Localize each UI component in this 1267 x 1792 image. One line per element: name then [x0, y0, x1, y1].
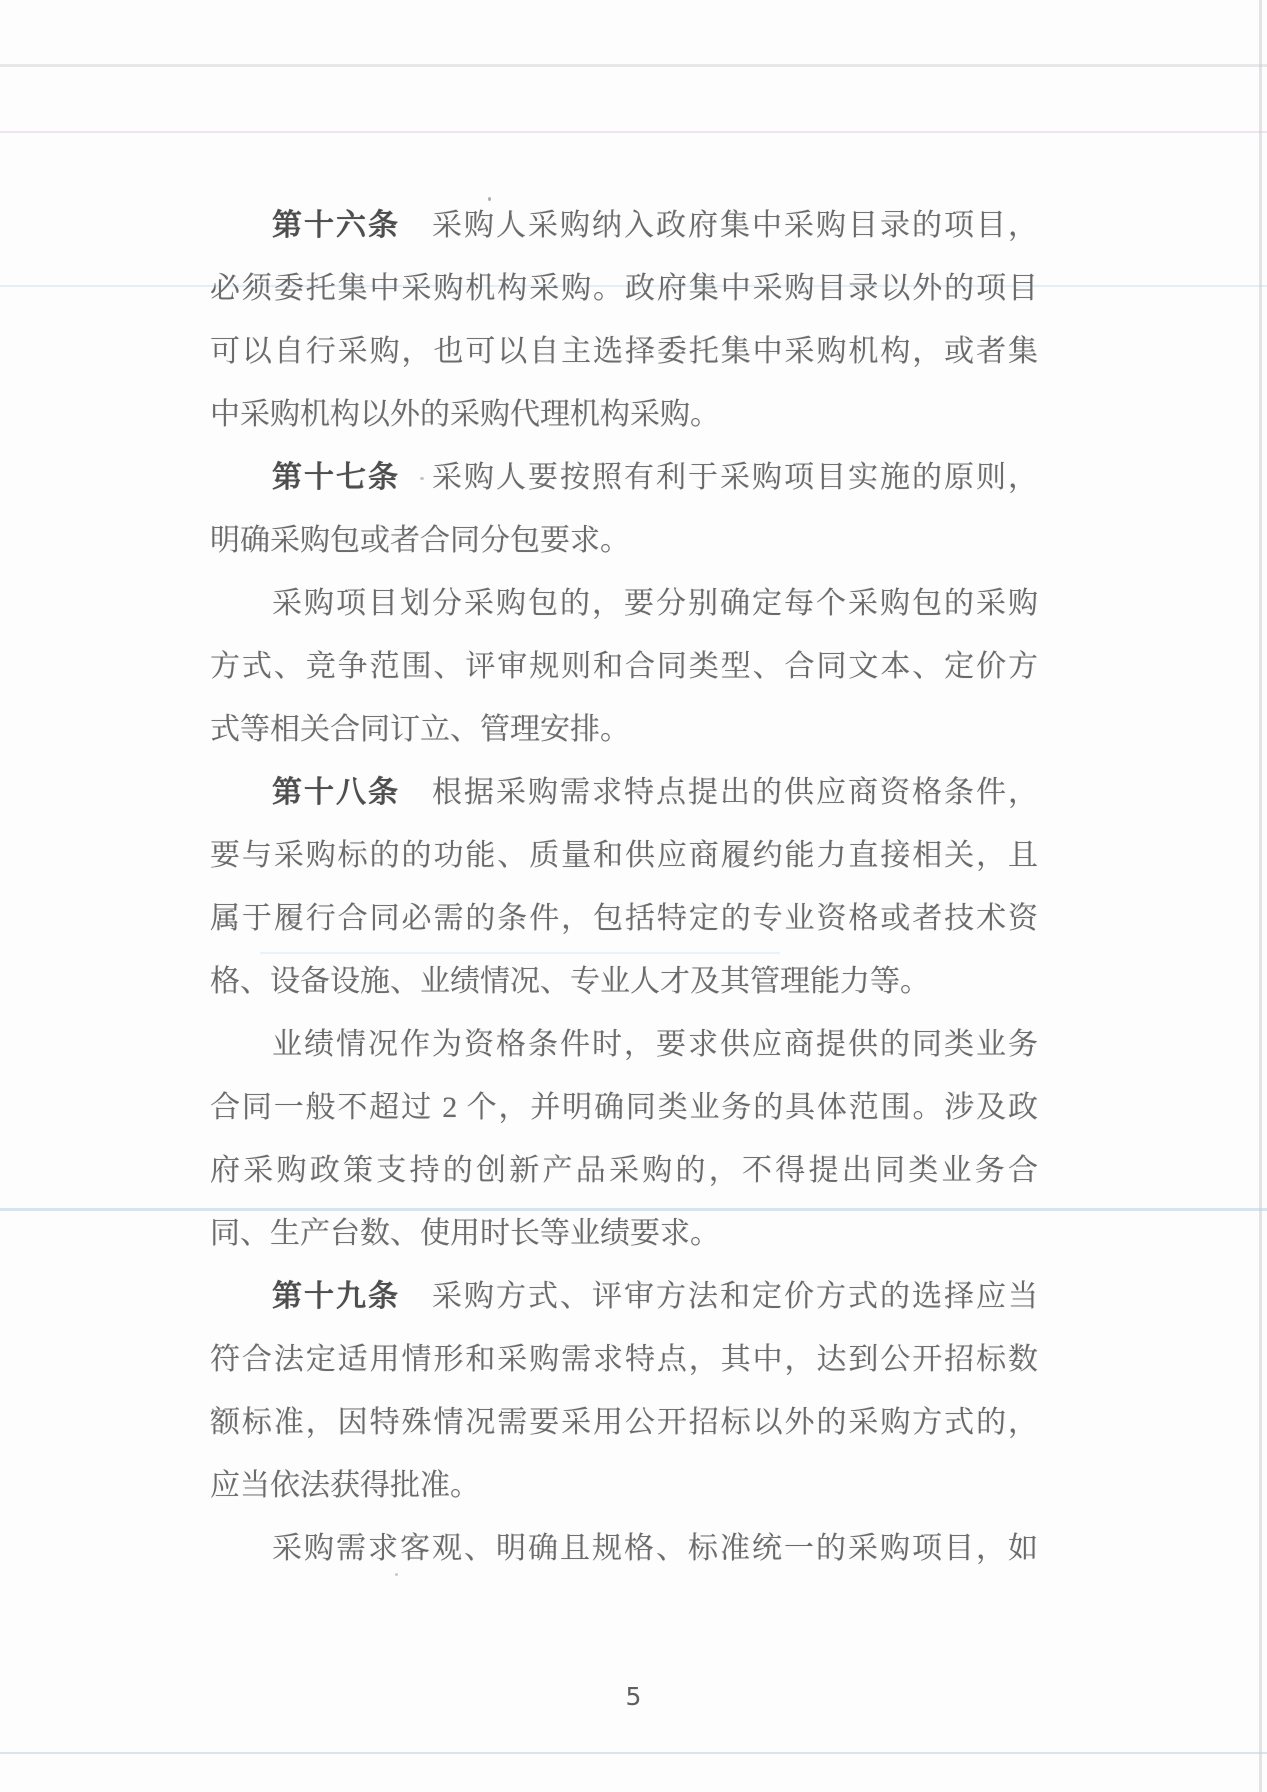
text-line: 应当依法获得批准。: [210, 1454, 1038, 1517]
article-heading: 第十八条: [272, 776, 400, 809]
scan-artifact-line: [0, 1752, 1267, 1754]
text-line: 格、设备设施、业绩情况、专业人才及其管理能力等。: [210, 950, 1038, 1013]
text-line: 府采购政策支持的创新产品采购的，不得提出同类业务合: [210, 1139, 1038, 1202]
text-line: 式等相关合同订立、管理安排。: [210, 698, 1038, 761]
text-line: 业绩情况作为资格条件时，要求供应商提供的同类业务: [210, 1013, 1038, 1076]
article-heading: 第十七条: [272, 461, 400, 494]
article-heading: 第十六条: [272, 209, 400, 242]
text-line: 额标准，因特殊情况需要采用公开招标以外的采购方式的，: [210, 1391, 1038, 1454]
text-line: 第十七条 采购人要按照有利于采购项目实施的原则，: [210, 446, 1038, 509]
scanned-document-page: 第十六条 采购人采购纳入政府集中采购目录的项目，必须委托集中采购机构采购。政府集…: [0, 0, 1267, 1792]
text-line: 要与采购标的的功能、质量和供应商履约能力直接相关，且: [210, 824, 1038, 887]
text-line: 可以自行采购，也可以自主选择委托集中采购机构，或者集: [210, 320, 1038, 383]
text-line: 属于履行合同必需的条件，包括特定的专业资格或者技术资: [210, 887, 1038, 950]
text-line: 采购项目划分采购包的，要分别确定每个采购包的采购: [210, 572, 1038, 635]
text-line: 必须委托集中采购机构采购。政府集中采购目录以外的项目: [210, 257, 1038, 320]
text-line: 同、生产台数、使用时长等业绩要求。: [210, 1202, 1038, 1265]
text-line: 中采购机构以外的采购代理机构采购。: [210, 383, 1038, 446]
scan-artifact-line: [0, 64, 1267, 67]
text-line: 明确采购包或者合同分包要求。: [210, 509, 1038, 572]
article-heading: 第十九条: [272, 1280, 400, 1313]
text-line: 第十八条 根据采购需求特点提出的供应商资格条件，: [210, 761, 1038, 824]
scan-page-edge: [1259, 0, 1262, 1792]
text-line: 符合法定适用情形和采购需求特点，其中，达到公开招标数: [210, 1328, 1038, 1391]
page-number: 5: [0, 1682, 1267, 1711]
text-line: 合同一般不超过 2 个，并明确同类业务的具体范围。涉及政: [210, 1076, 1038, 1139]
text-line: 采购需求客观、明确且规格、标准统一的采购项目，如: [210, 1517, 1038, 1580]
text-line: 方式、竞争范围、评审规则和合同类型、合同文本、定价方: [210, 635, 1038, 698]
scan-artifact-line: [0, 131, 1267, 133]
text-line: 第十九条 采购方式、评审方法和定价方式的选择应当: [210, 1265, 1038, 1328]
text-line: 第十六条 采购人采购纳入政府集中采购目录的项目，: [210, 194, 1038, 257]
document-lines: 第十六条 采购人采购纳入政府集中采购目录的项目，必须委托集中采购机构采购。政府集…: [210, 194, 1038, 1580]
